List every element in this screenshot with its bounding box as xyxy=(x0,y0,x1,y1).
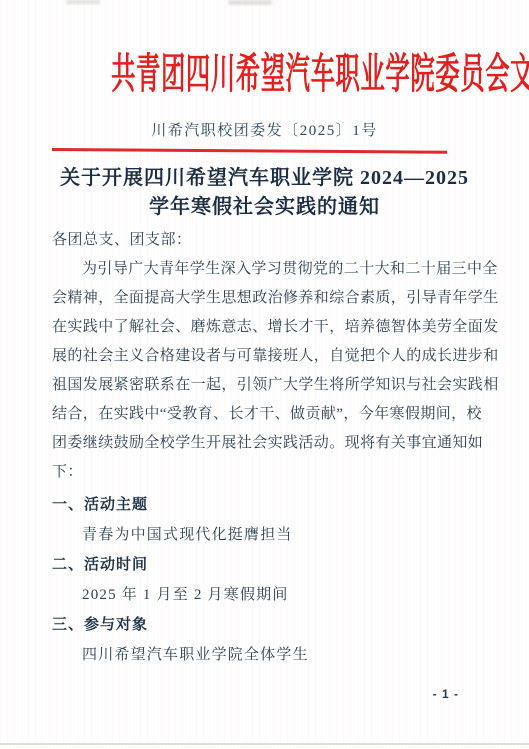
paragraph-line: 结合，在实践中“受教育、长才干、做贡献”，今年寒假期间，校 xyxy=(52,400,482,429)
scan-artifact-top-left xyxy=(66,0,100,4)
red-header-banner-title: 共青团四川希望汽车职业学院委员会文件 xyxy=(111,52,418,98)
paragraph-line: 祖国发展紧密联系在一起，引领广大学生将所学知识与社会实践相 xyxy=(52,371,482,400)
salutation: 各团总支、团支部： xyxy=(52,226,482,255)
paragraph-line: 下： xyxy=(52,458,482,487)
section-content-activity-theme: 青春为中国式现代化挺膺担当 xyxy=(52,520,482,550)
paragraph-line: 团委继续鼓励全校学生开展社会实践活动。现将有关事宜通知如 xyxy=(52,429,482,458)
paragraph-line: 为引导广大青年学生深入学习贯彻党的二十大和二十届三中全 xyxy=(52,255,482,284)
paragraph-line: 会精神，全面提高大学生思想政治修养和综合素质，引导青年学生 xyxy=(52,284,482,313)
document-page: 共青团四川希望汽车职业学院委员会文件 川希汽职校团委发〔2025〕1号 关于开展… xyxy=(0,0,529,749)
section-heading-activity-time: 二、活动时间 xyxy=(52,550,482,580)
section-heading-activity-theme: 一、活动主题 xyxy=(52,490,482,520)
document-title-line1: 关于开展四川希望汽车职业学院 2024—2025 xyxy=(0,164,529,193)
paragraph-line: 在实践中了解社会、磨炼意志、增长才干，培养德智体美劳全面发 xyxy=(52,313,482,342)
document-title-line2: 学年寒假社会实践的通知 xyxy=(0,193,529,222)
document-number: 川希汽职校团委发〔2025〕1号 xyxy=(0,120,529,142)
red-divider-rule xyxy=(52,148,447,153)
scan-edge-bottom xyxy=(0,743,529,745)
section-content-participants: 四川希望汽车职业学院全体学生 xyxy=(52,640,482,670)
sections: 一、活动主题 青春为中国式现代化挺膺担当 二、活动时间 2025 年 1 月至 … xyxy=(52,490,482,670)
page-number: - 1 - xyxy=(433,687,459,701)
document-title: 关于开展四川希望汽车职业学院 2024—2025 学年寒假社会实践的通知 xyxy=(0,164,529,222)
paragraph-line: 展的社会主义合格建设者与可靠接班人，自觉把个人的成长进步和 xyxy=(52,342,482,371)
section-content-activity-time: 2025 年 1 月至 2 月寒假期间 xyxy=(52,580,482,610)
document-body: 各团总支、团支部： 为引导广大青年学生深入学习贯彻党的二十大和二十届三中全 会精… xyxy=(52,226,482,670)
scan-artifact-top-center xyxy=(228,0,272,5)
section-heading-participants: 三、参与对象 xyxy=(52,610,482,640)
